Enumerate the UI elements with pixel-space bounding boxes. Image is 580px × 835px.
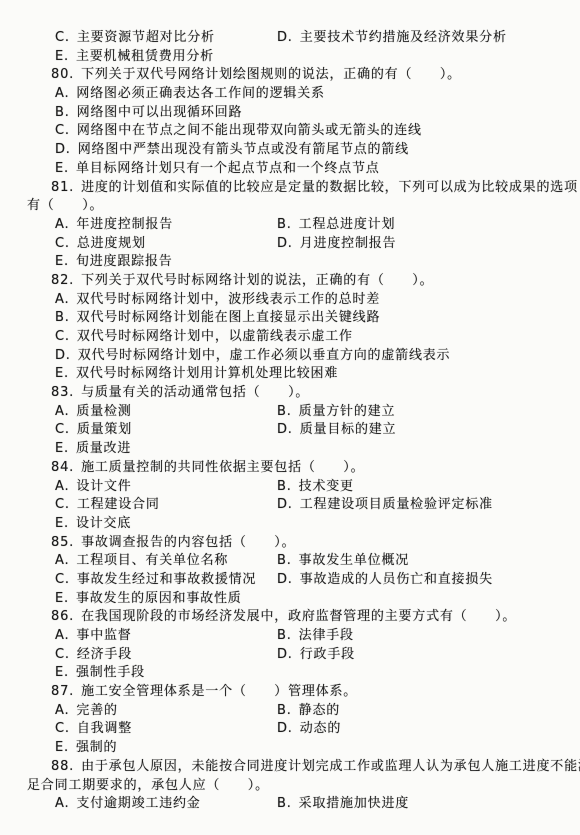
option-text: 工程建设合同	[77, 497, 160, 512]
option-row: A.支付逾期竣工违约金B.采取措施加快进度	[20, 795, 564, 814]
option-row: A.工程项目、有关单位名称B.事故发生单位概况	[20, 552, 564, 571]
option-text: 采取措施加快进度	[299, 796, 409, 811]
option-label: D.	[277, 496, 293, 515]
option-label: D.	[55, 347, 71, 366]
option-cell: A.网络图必须正确表达各工作间的逻辑关系	[55, 85, 325, 104]
question-stem-continuation: 有（ ）。	[20, 197, 564, 216]
option-label: C.	[55, 571, 70, 590]
option-cell: C.事故发生经过和事故救援情况	[55, 571, 277, 590]
option-row: C.总进度规划D.月进度控制报告	[20, 235, 564, 254]
option-cell: C.经济手段	[55, 646, 277, 665]
option-cell: C.网络图中在节点之间不能出现带双向箭头或无箭头的连线	[55, 122, 422, 141]
option-text: 双代号时标网络计划能在图上直接显示出关键线路	[77, 310, 381, 325]
option-cell: A.支付逾期竣工违约金	[55, 795, 277, 814]
option-text: 强制的	[76, 740, 117, 755]
option-text: 双代号时标网络计划中，波形线表示工作的总时差	[76, 292, 380, 307]
option-label: C.	[55, 421, 70, 440]
option-text: 质量改进	[76, 441, 131, 456]
question-stem: 86.在我国现阶段的市场经济发展中，政府监督管理的主要方式有（ ）。	[20, 608, 564, 627]
option-cell: B.双代号时标网络计划能在图上直接显示出关键线路	[55, 309, 380, 328]
option-cell: D.事故造成的人员伤亡和直接损失	[277, 571, 493, 590]
option-text: 法律手段	[299, 628, 354, 643]
option-row: A.质量检测B.质量方针的建立	[20, 403, 564, 422]
option-label: E.	[55, 253, 69, 272]
option-label: E.	[55, 515, 69, 534]
option-row: C.事故发生经过和事故救援情况D.事故造成的人员伤亡和直接损失	[20, 571, 564, 590]
question-stem-text: 施工质量控制的共同性依据主要包括（ ）。	[81, 460, 364, 475]
option-label: A.	[55, 478, 69, 497]
option-cell: B.工程总进度计划	[277, 216, 395, 235]
option-label: B.	[277, 795, 292, 814]
option-label: C.	[55, 235, 70, 254]
question-number: 83.	[51, 384, 74, 403]
option-row: C.双代号时标网络计划中，以虚箭线表示虚工作	[20, 328, 564, 347]
option-label: D.	[277, 421, 293, 440]
question-stem-text: 进度的计划值和实际值的比较应是定量的数据比较，下列可以成为比较成果的选项	[81, 180, 578, 195]
option-text: 网络图中在节点之间不能出现带双向箭头或无箭头的连线	[77, 123, 422, 138]
option-cell: C.工程建设合同	[55, 496, 277, 515]
option-text: 双代号时标网络计划中，虚工作必须以垂直方向的虚箭线表示	[78, 348, 451, 363]
option-row: D.网络图中严禁出现没有箭头节点或没有箭尾节点的箭线	[20, 141, 564, 160]
option-text: 年进度控制报告	[76, 217, 173, 232]
option-label: B.	[277, 627, 292, 646]
option-text: 事故造成的人员伤亡和直接损失	[300, 572, 493, 587]
option-row: E.双代号时标网络计划用计算机处理比较困难	[20, 365, 564, 384]
question-stem-text: 下列关于双代号时标网络计划的说法，正确的有（ ）。	[81, 273, 433, 288]
option-label: E.	[55, 48, 69, 67]
option-text: 旬进度跟踪报告	[76, 254, 173, 269]
option-text: 工程建设项目质量检验评定标准	[300, 497, 493, 512]
option-cell: B.静态的	[277, 702, 340, 721]
option-cell: A.双代号时标网络计划中，波形线表示工作的总时差	[55, 291, 380, 310]
option-row: D.双代号时标网络计划中，虚工作必须以垂直方向的虚箭线表示	[20, 347, 564, 366]
option-row: A.双代号时标网络计划中，波形线表示工作的总时差	[20, 291, 564, 310]
option-cell: C.总进度规划	[55, 235, 277, 254]
option-text: 事中监督	[76, 628, 131, 643]
option-label: C.	[55, 328, 70, 347]
option-cell: D.双代号时标网络计划中，虚工作必须以垂直方向的虚箭线表示	[55, 347, 450, 366]
option-label: D.	[55, 141, 71, 160]
question-stem-text: 事故调查报告的内容包括（ ）。	[81, 535, 295, 550]
option-text: 设计文件	[76, 479, 131, 494]
option-cell: A.年进度控制报告	[55, 216, 277, 235]
option-row: E.质量改进	[20, 440, 564, 459]
option-cell: D.月进度控制报告	[277, 235, 396, 254]
option-cell: A.事中监督	[55, 627, 277, 646]
option-label: E.	[55, 365, 69, 384]
option-text: 主要技术节约措施及经济效果分析	[300, 30, 507, 45]
option-text: 工程总进度计划	[299, 217, 396, 232]
question-stem: 82.下列关于双代号时标网络计划的说法，正确的有（ ）。	[20, 272, 564, 291]
option-label: D.	[277, 646, 293, 665]
option-label: A.	[55, 85, 69, 104]
option-cell: C.自我调整	[55, 720, 277, 739]
option-text: 质量检测	[76, 404, 131, 419]
question-number: 85.	[51, 534, 74, 553]
option-text: 网络图中严禁出现没有箭头节点或没有箭尾节点的箭线	[78, 142, 409, 157]
option-text: 事故发生的原因和事故性质	[76, 591, 242, 606]
option-text: 网络图必须正确表达各工作间的逻辑关系	[76, 86, 324, 101]
option-cell: E.强制性手段	[55, 664, 145, 683]
question-number: 82.	[51, 272, 74, 291]
option-label: C.	[55, 496, 70, 515]
option-label: B.	[55, 104, 70, 123]
option-label: E.	[55, 160, 69, 179]
option-cell: C.质量策划	[55, 421, 277, 440]
option-row: E.强制性手段	[20, 664, 564, 683]
option-label: A.	[55, 627, 69, 646]
option-label: C.	[55, 646, 70, 665]
option-label: E.	[55, 440, 69, 459]
option-row: A.网络图必须正确表达各工作间的逻辑关系	[20, 85, 564, 104]
option-text: 事故发生经过和事故救援情况	[77, 572, 256, 587]
question-stem-text: 下列关于双代号网络计划绘图规则的说法，正确的有（ ）。	[81, 67, 461, 82]
option-label: A.	[55, 291, 69, 310]
option-cell: D.质量目标的建立	[277, 421, 396, 440]
option-cell: B.事故发生单位概况	[277, 552, 409, 571]
option-text: 双代号时标网络计划中，以虚箭线表示虚工作	[77, 329, 353, 344]
option-row: C.网络图中在节点之间不能出现带双向箭头或无箭头的连线	[20, 122, 564, 141]
option-cell: A.质量检测	[55, 403, 277, 422]
question-stem-text: 足合同工期要求的，承包人应（ ）。	[27, 778, 269, 793]
option-text: 事故发生单位概况	[299, 553, 409, 568]
option-cell: D.网络图中严禁出现没有箭头节点或没有箭尾节点的箭线	[55, 141, 409, 160]
option-label: E.	[55, 739, 69, 758]
option-cell: C.双代号时标网络计划中，以虚箭线表示虚工作	[55, 328, 353, 347]
option-label: D.	[277, 720, 293, 739]
option-cell: B.质量方针的建立	[277, 403, 395, 422]
option-row: A.设计文件B.技术变更	[20, 478, 564, 497]
option-cell: B.技术变更	[277, 478, 354, 497]
option-text: 主要资源节超对比分析	[77, 30, 215, 45]
option-text: 行政手段	[300, 647, 355, 662]
option-text: 月进度控制报告	[300, 236, 397, 251]
option-label: A.	[55, 702, 69, 721]
option-row: C.自我调整D.动态的	[20, 720, 564, 739]
question-stem: 88.由于承包人原因，未能按合同进度计划完成工作或监理人认为承包人施工进度不能满	[20, 758, 564, 777]
question-number: 87.	[51, 683, 74, 702]
option-label: C.	[55, 122, 70, 141]
option-row: A.年进度控制报告B.工程总进度计划	[20, 216, 564, 235]
option-text: 质量方针的建立	[299, 404, 396, 419]
question-stem: 80.下列关于双代号网络计划绘图规则的说法，正确的有（ ）。	[20, 66, 564, 85]
option-cell: E.设计交底	[55, 515, 131, 534]
orphan-option-row: E.主要机械租赁费用分析	[20, 48, 564, 67]
option-cell: E.双代号时标网络计划用计算机处理比较困难	[55, 365, 338, 384]
option-row: E.强制的	[20, 739, 564, 758]
question-stem-text: 由于承包人原因，未能按合同进度计划完成工作或监理人认为承包人施工进度不能满	[81, 759, 580, 774]
option-row: E.单目标网络计划只有一个起点节点和一个终点节点	[20, 160, 564, 179]
option-cell: B.法律手段	[277, 627, 354, 646]
option-text: 静态的	[299, 703, 340, 718]
question-stem-text: 有（ ）。	[27, 198, 103, 213]
option-text: 质量目标的建立	[300, 422, 397, 437]
question-number: 84.	[51, 459, 74, 478]
question-stem: 87.施工安全管理体系是一个（ ）管理体系。	[20, 683, 564, 702]
option-label: D.	[277, 235, 293, 254]
question-stem: 84.施工质量控制的共同性依据主要包括（ ）。	[20, 459, 564, 478]
option-row: C.工程建设合同D.工程建设项目质量检验评定标准	[20, 496, 564, 515]
option-label: B.	[55, 309, 70, 328]
option-cell: E.质量改进	[55, 440, 131, 459]
option-row: E.事故发生的原因和事故性质	[20, 590, 564, 609]
option-text: 完善的	[76, 703, 117, 718]
option-label: D.	[277, 571, 293, 590]
question-stem-text: 在我国现阶段的市场经济发展中，政府监督管理的主要方式有（ ）。	[81, 609, 516, 624]
option-text: 强制性手段	[76, 665, 145, 680]
option-label: E.	[55, 664, 69, 683]
option-label: B.	[277, 478, 292, 497]
option-cell: E.事故发生的原因和事故性质	[55, 590, 242, 609]
question-number: 86.	[51, 608, 74, 627]
option-cell: E.主要机械租赁费用分析	[55, 48, 214, 67]
option-text: 工程项目、有关单位名称	[76, 553, 228, 568]
option-cell: A.完善的	[55, 702, 277, 721]
option-cell: D.工程建设项目质量检验评定标准	[277, 496, 493, 515]
option-label: A.	[55, 216, 69, 235]
option-cell: A.工程项目、有关单位名称	[55, 552, 277, 571]
option-row: E.旬进度跟踪报告	[20, 253, 564, 272]
orphan-option-row: C.主要资源节超对比分析D.主要技术节约措施及经济效果分析	[20, 29, 564, 48]
option-label: B.	[277, 552, 292, 571]
option-row: A.完善的B.静态的	[20, 702, 564, 721]
option-text: 双代号时标网络计划用计算机处理比较困难	[76, 366, 338, 381]
option-cell: B.网络图中可以出现循环回路	[55, 104, 242, 123]
option-cell: E.旬进度跟踪报告	[55, 253, 173, 272]
option-cell: C.主要资源节超对比分析	[55, 29, 277, 48]
option-label: E.	[55, 590, 69, 609]
option-text: 自我调整	[77, 721, 132, 736]
option-label: D.	[277, 29, 293, 48]
option-text: 质量策划	[77, 422, 132, 437]
option-text: 支付逾期竣工违约金	[76, 796, 200, 811]
option-cell: D.主要技术节约措施及经济效果分析	[277, 29, 507, 48]
option-row: E.设计交底	[20, 515, 564, 534]
question-stem: 83.与质量有关的活动通常包括（ ）。	[20, 384, 564, 403]
question-stem-text: 与质量有关的活动通常包括（ ）。	[81, 385, 309, 400]
option-cell: D.行政手段	[277, 646, 355, 665]
option-row: B.双代号时标网络计划能在图上直接显示出关键线路	[20, 309, 564, 328]
option-cell: B.采取措施加快进度	[277, 795, 409, 814]
question-stem: 81.进度的计划值和实际值的比较应是定量的数据比较，下列可以成为比较成果的选项	[20, 179, 564, 198]
exam-page: C.主要资源节超对比分析D.主要技术节约措施及经济效果分析E.主要机械租赁费用分…	[0, 0, 580, 835]
question-stem: 85.事故调查报告的内容包括（ ）。	[20, 534, 564, 553]
option-cell: E.强制的	[55, 739, 117, 758]
question-number: 88.	[51, 758, 74, 777]
option-label: B.	[277, 216, 292, 235]
option-text: 主要机械租赁费用分析	[76, 49, 214, 64]
option-text: 单目标网络计划只有一个起点节点和一个终点节点	[76, 161, 380, 176]
option-label: C.	[55, 720, 70, 739]
option-text: 动态的	[300, 721, 341, 736]
option-row: A.事中监督B.法律手段	[20, 627, 564, 646]
option-label: C.	[55, 29, 70, 48]
option-label: B.	[277, 702, 292, 721]
question-number: 81.	[51, 179, 74, 198]
option-label: B.	[277, 403, 292, 422]
option-row: C.经济手段D.行政手段	[20, 646, 564, 665]
option-text: 总进度规划	[77, 236, 146, 251]
question-number: 80.	[51, 66, 74, 85]
option-row: C.质量策划D.质量目标的建立	[20, 421, 564, 440]
question-stem-continuation: 足合同工期要求的，承包人应（ ）。	[20, 777, 564, 796]
option-label: A.	[55, 403, 69, 422]
option-text: 设计交底	[76, 516, 131, 531]
option-cell: E.单目标网络计划只有一个起点节点和一个终点节点	[55, 160, 380, 179]
option-row: B.网络图中可以出现循环回路	[20, 104, 564, 123]
option-cell: D.动态的	[277, 720, 341, 739]
question-stem-text: 施工安全管理体系是一个（ ）管理体系。	[81, 684, 357, 699]
option-text: 技术变更	[299, 479, 354, 494]
option-cell: A.设计文件	[55, 478, 277, 497]
option-text: 网络图中可以出现循环回路	[77, 105, 243, 120]
option-label: A.	[55, 795, 69, 814]
option-text: 经济手段	[77, 647, 132, 662]
option-label: A.	[55, 552, 69, 571]
